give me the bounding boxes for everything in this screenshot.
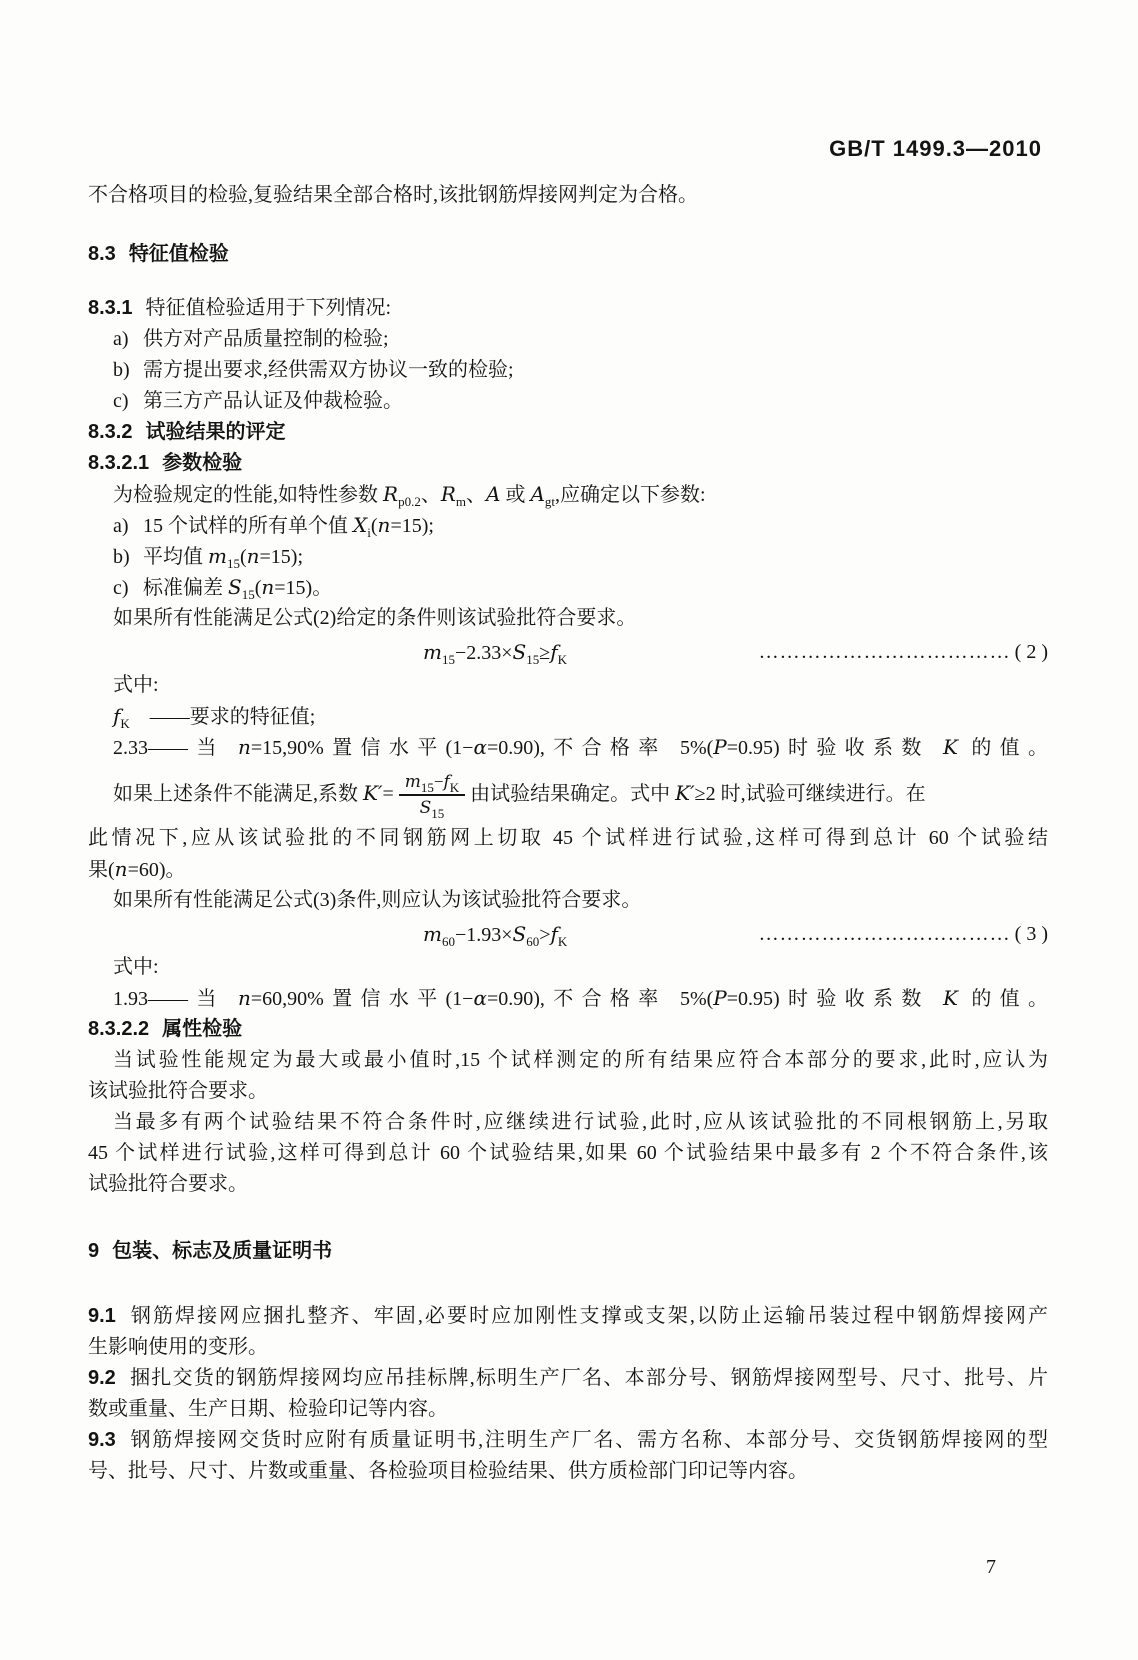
list-marker: c) — [113, 573, 143, 604]
standard-code: GB/T 1499.3—2010 — [829, 136, 1042, 161]
list-item-text: 需方提出要求,经供需双方协议一致的检验; — [143, 359, 514, 381]
math-var: α — [473, 735, 487, 759]
list-item-text: 供方对产品质量控制的检验; — [143, 328, 389, 350]
section-8-3-2-2-heading: 8.3.2.2属性检验 — [88, 1014, 1048, 1045]
coefficient-193-definition: 1.93——当 n=60,90%置信水平(1−α=0.90),不合格率 5%(P… — [88, 983, 1048, 1014]
dot-leader: ……………………………… — [585, 641, 1011, 664]
math-subscript: gt — [545, 494, 555, 509]
math-var: P — [713, 986, 726, 1010]
fraction: m15−fKS15 — [399, 771, 465, 820]
math-var: n — [238, 735, 251, 759]
where-label: 式中: — [88, 670, 1048, 701]
math-var: A — [486, 482, 500, 506]
section-title: 包装、标志及质量证明书 — [112, 1240, 332, 1262]
dot-leader: ……………………………… — [585, 923, 1010, 946]
clause-number: 9.3 — [88, 1429, 116, 1451]
section-title: 参数检验 — [162, 452, 242, 474]
where-label: 式中: — [88, 952, 1048, 983]
math-var: m — [208, 544, 227, 568]
page-header: GB/T 1499.3—2010 — [88, 134, 1048, 164]
math-var: R — [441, 482, 456, 506]
section-number: 8.3.2.2 — [88, 1014, 149, 1045]
section-9-heading: 9包装、标志及质量证明书 — [88, 1236, 1048, 1267]
clause-9-1-line2: 生影响使用的变形。 — [88, 1332, 1048, 1363]
section-number: 8.3.1 — [88, 293, 132, 324]
param-list-item-b: b)平均值 m15(n=15); — [88, 541, 1048, 572]
list-marker: b) — [113, 542, 143, 573]
math-subscript: 15 — [242, 587, 255, 602]
math-var: P — [713, 735, 726, 759]
param-list-item-a: a)15 个试样的所有单个值 Xi(n=15); — [88, 510, 1048, 541]
fraction-numerator: m15−fK — [399, 771, 465, 796]
formula2-intro: 如果所有性能满足公式(2)给定的条件则该试验批符合要求。 — [88, 603, 1048, 634]
math-var: K — [943, 735, 958, 759]
math-var: K′ — [675, 781, 694, 805]
math-var: n — [115, 857, 128, 881]
list-item-c: c)第三方产品认证及仲裁检验。 — [88, 386, 1048, 417]
clause-9-2-line2: 数或重量、生产日期、检验印记等内容。 — [88, 1394, 1048, 1425]
math-var: n — [247, 544, 260, 568]
section-8-3-2-heading: 8.3.2试验结果的评定 — [88, 417, 1048, 448]
list-item-a: a)供方对产品质量控制的检验; — [88, 324, 1048, 355]
section-title: 试验结果的评定 — [145, 421, 285, 443]
page-number: 7 — [986, 1556, 996, 1579]
math-var: R — [383, 482, 398, 506]
formula-expression: m15−2.33×S15≥fK — [423, 640, 567, 665]
document-page: GB/T 1499.3—2010 不合格项目的检验,复验结果全部合格时,该批钢筋… — [0, 0, 1138, 1660]
clause-9-2-line1: 9.2捆扎交货的钢筋焊接网均应吊挂标牌,标明生产厂名、本部分号、钢筋焊接网型号、… — [88, 1363, 1048, 1394]
list-marker: a) — [113, 324, 143, 355]
fraction-denominator: S15 — [399, 796, 465, 819]
formula-3: m60−1.93×S60>fK ……………………………… ( 3 ) — [88, 916, 1048, 952]
math-var: K — [943, 986, 958, 1010]
formula-number: ( 3 ) — [1015, 923, 1048, 946]
math-var: A — [530, 482, 544, 506]
math-subscript: p0.2 — [398, 494, 421, 509]
section-number: 8.3.2.1 — [88, 448, 149, 479]
formula-number: ( 2 ) — [1015, 641, 1048, 664]
section-8-3-heading: 8.3特征值检验 — [88, 239, 1048, 270]
clause-number: 9.1 — [88, 1305, 116, 1327]
parameters-paragraph: 为检验规定的性能,如特性参数 Rp0.2、Rm、A 或 Agt,应确定以下参数: — [88, 479, 1048, 510]
attribute-para2-line3: 试验批符合要求。 — [88, 1169, 1048, 1200]
math-var: α — [473, 986, 487, 1010]
list-item-text: 第三方产品认证及仲裁检验。 — [143, 390, 403, 412]
attribute-para1-line1: 当试验性能规定为最大或最小值时,15 个试样测定的所有结果应符合本部分的要求,此… — [88, 1045, 1048, 1076]
formula-expression: m60−1.93×S60>fK — [423, 922, 567, 947]
list-item-b: b)需方提出要求,经供需双方协议一致的检验; — [88, 355, 1048, 386]
math-subscript: i — [367, 525, 371, 540]
clause-9-3-line2: 号、批号、尺寸、片数或重量、各检验项目检验结果、供方质检部门印记等内容。 — [88, 1456, 1048, 1487]
section-number: 8.3 — [88, 239, 116, 270]
section-number: 8.3.2 — [88, 417, 132, 448]
math-var: n — [261, 575, 274, 599]
math-subscript: m — [456, 494, 466, 509]
kprime-paragraph-line1: 如果上述条件不能满足,系数 K′=m15−fKS15由试验结果确定。式中 K′≥… — [88, 763, 1048, 823]
list-marker: c) — [113, 386, 143, 417]
math-subscript: K — [120, 716, 129, 731]
attribute-para1-line2: 该试验批符合要求。 — [88, 1076, 1048, 1107]
section-title: 特征值检验适用于下列情况: — [145, 297, 391, 319]
formula-2: m15−2.33×S15≥fK ……………………………… ( 2 ) — [88, 634, 1048, 670]
section-8-3-2-1-heading: 8.3.2.1参数检验 — [88, 448, 1048, 479]
math-var: n — [378, 513, 391, 537]
attribute-para2-line1: 当最多有两个试验结果不符合条件时,应继续进行试验,此时,应从该试验批的不同根钢筋… — [88, 1107, 1048, 1138]
coefficient-233-definition: 2.33——当 n=15,90%置信水平(1−α=0.90),不合格率 5%(P… — [88, 732, 1048, 763]
section-title: 属性检验 — [162, 1018, 242, 1040]
math-var: X — [353, 513, 367, 537]
section-8-3-1-heading: 8.3.1特征值检验适用于下列情况: — [88, 293, 1048, 324]
list-marker: b) — [113, 355, 143, 386]
clause-9-1-line1: 9.1钢筋焊接网应捆扎整齐、牢固,必要时应加刚性支撑或支架,以防止运输吊装过程中… — [88, 1301, 1048, 1332]
math-var: S — [228, 575, 242, 599]
intro-paragraph: 不合格项目的检验,复验结果全部合格时,该批钢筋焊接网判定为合格。 — [88, 180, 1048, 211]
math-subscript: 15 — [227, 556, 240, 571]
kprime-paragraph-line2: 此情况下,应从该试验批的不同钢筋网上切取 45 个试样进行试验,这样可得到总计 … — [88, 823, 1048, 854]
math-var: K′ — [363, 781, 382, 805]
kprime-paragraph-line3: 果(n=60)。 — [88, 854, 1048, 885]
section-title: 特征值检验 — [129, 243, 229, 265]
fk-definition: fK ——要求的特征值; — [88, 701, 1048, 732]
clause-9-3-line1: 9.3钢筋焊接网交货时应附有质量证明书,注明生产厂名、需方名称、本部分号、交货钢… — [88, 1425, 1048, 1456]
list-marker: a) — [113, 511, 143, 542]
attribute-para2-line2: 45 个试样进行试验,这样可得到总计 60 个试验结果,如果 60 个试验结果中… — [88, 1138, 1048, 1169]
math-var: n — [238, 986, 251, 1010]
formula3-intro: 如果所有性能满足公式(3)条件,则应认为该试验批符合要求。 — [88, 885, 1048, 916]
clause-number: 9.2 — [88, 1367, 116, 1389]
param-list-item-c: c)标准偏差 S15(n=15)。 — [88, 572, 1048, 603]
section-number: 9 — [88, 1236, 99, 1267]
